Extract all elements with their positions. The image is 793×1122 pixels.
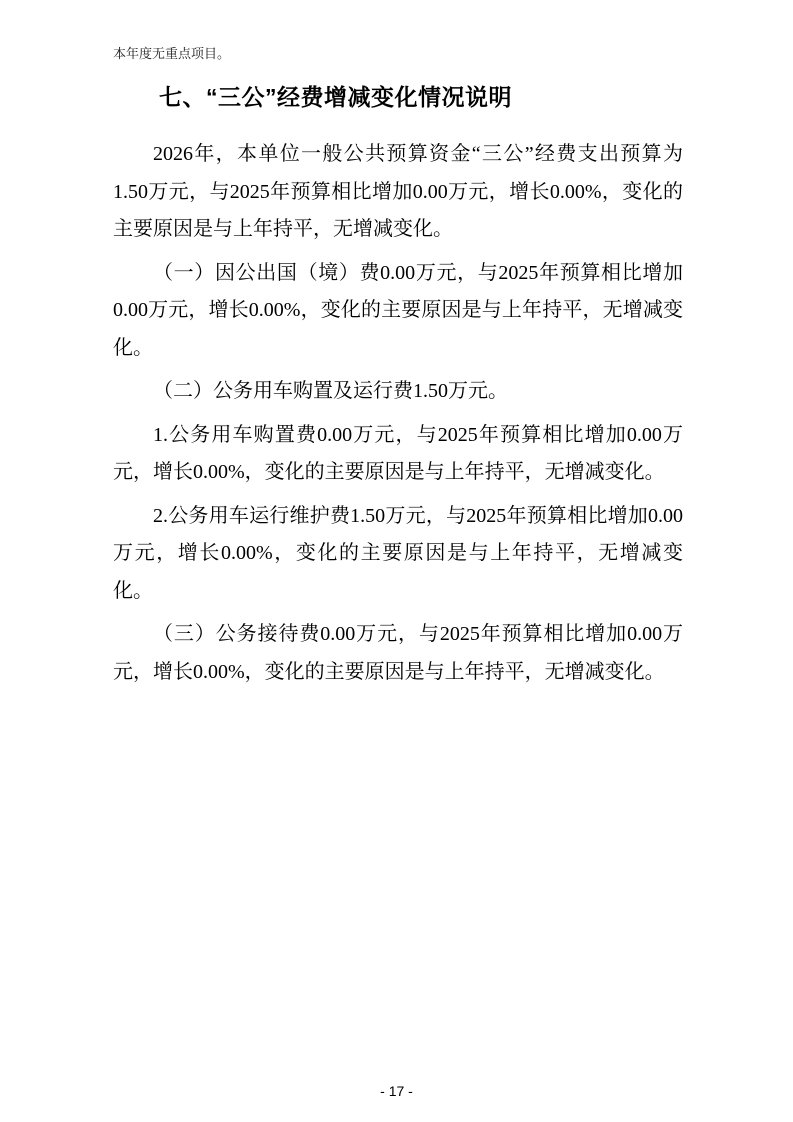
top-note-text: 本年度无重点项目。 <box>113 46 230 62</box>
document-body: 2026年，本单位一般公共预算资金“三公”经费支出预算为1.50万元，与2025… <box>113 136 683 697</box>
page-footer: - 17 - <box>0 1083 793 1099</box>
paragraph-item-3-reception-fee: （三）公务接待费0.00万元，与2025年预算相比增加0.00万元，增长0.00… <box>113 616 683 691</box>
paragraph-item-2-2-vehicle-maintenance: 2.公务用车运行维护费1.50万元，与2025年预算相比增加0.00万元，增长0… <box>113 498 683 611</box>
paragraph-item-1-abroad-fee: （一）因公出国（境）费0.00万元，与2025年预算相比增加0.00万元，增长0… <box>113 255 683 368</box>
paragraph-item-2-1-vehicle-purchase: 1.公务用车购置费0.00万元，与2025年预算相比增加0.00万元，增长0.0… <box>113 417 683 492</box>
paragraph-item-2-vehicle-fee: （二）公务用车购置及运行费1.50万元。 <box>113 373 683 411</box>
page-number: - 17 - <box>380 1083 413 1099</box>
paragraph-summary: 2026年，本单位一般公共预算资金“三公”经费支出预算为1.50万元，与2025… <box>113 136 683 249</box>
document-page: 本年度无重点项目。 七、“三公”经费增减变化情况说明 2026年，本单位一般公共… <box>0 0 793 1122</box>
section-heading: 七、“三公”经费增减变化情况说明 <box>113 82 683 112</box>
